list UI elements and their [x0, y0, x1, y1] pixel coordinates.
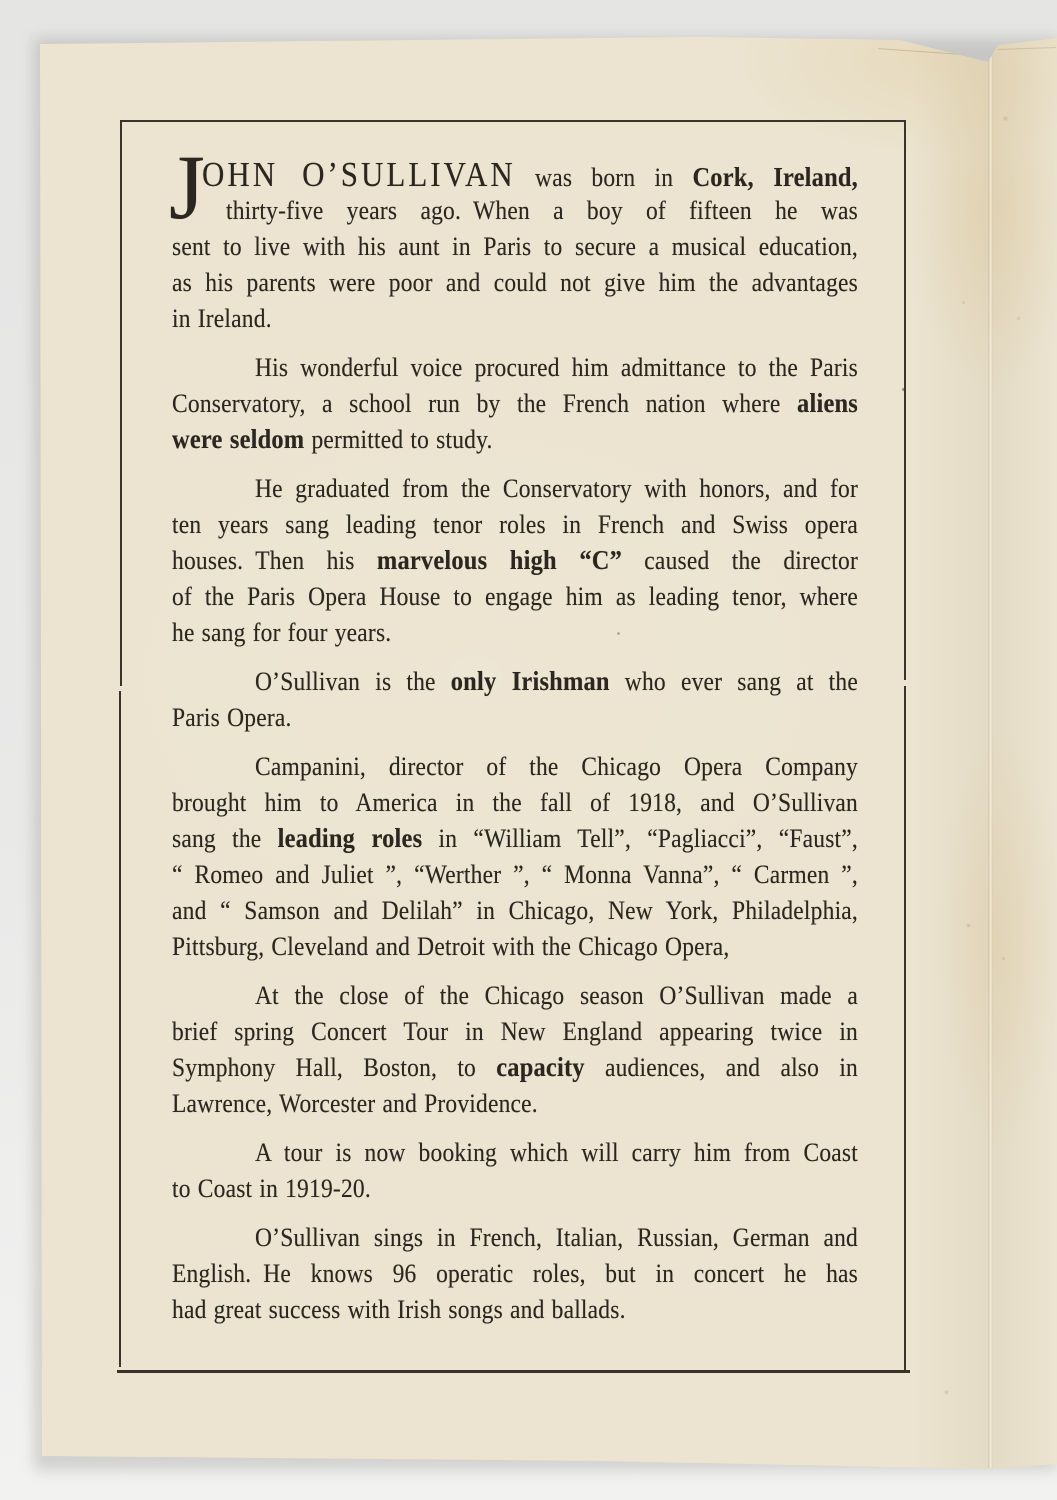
scanned-document-scene: JOHN O’SULLIVAN was born in Cork, Irelan… — [0, 0, 1057, 1500]
text-line: Campanini, director of the Chicago Opera… — [172, 747, 858, 787]
text-line: sang the leading roles in “William Tell”… — [172, 819, 858, 859]
text-segment: He graduated from the Conservatory with … — [255, 474, 858, 503]
paragraph-graduation: He graduated from the Conservatory with … — [172, 471, 858, 651]
frame-rule-bottom — [117, 1370, 910, 1373]
text-line: in Ireland. — [172, 299, 858, 339]
bold-text: marvelous high “C” — [377, 545, 622, 575]
text-segment: English. He knows 96 operatic roles, but… — [172, 1259, 858, 1288]
text-segment: caused the director — [622, 546, 858, 575]
frame-rule-left-upper — [120, 120, 122, 686]
text-line: O’Sullivan sings in French, Italian, Rus… — [172, 1218, 858, 1258]
bold-text: leading roles — [278, 823, 423, 853]
text-line: brought him to America in the fall of 19… — [172, 783, 858, 823]
bold-text: aliens — [797, 388, 858, 418]
frame-rule-right-upper — [904, 120, 906, 680]
text-segment: as his parents were poor and could not g… — [172, 268, 858, 297]
text-line: had great success with Irish songs and b… — [172, 1290, 858, 1330]
text-segment: in “William Tell”, “Pagliacci”, “Faust”, — [422, 824, 858, 853]
text-line: His wonderful voice procured him admitta… — [172, 348, 858, 388]
paragraph-coast-tour: A tour is now booking which will carry h… — [172, 1135, 858, 1207]
text-line: Pittsburg, Cleveland and Detroit with th… — [172, 927, 858, 967]
text-segment: At the close of the Chicago season O’Sul… — [255, 981, 858, 1010]
text-line: to Coast in 1919-20. — [172, 1169, 858, 1209]
text-line: thirty-five years ago. When a boy of fif… — [172, 191, 858, 231]
fold-crease — [988, 40, 993, 1468]
text-segment: O’Sullivan is the — [255, 667, 451, 696]
crease-line — [998, 47, 1056, 50]
paragraph-campanini: Campanini, director of the Chicago Opera… — [172, 749, 858, 965]
text-line: O’Sullivan is the only Irishman who ever… — [172, 662, 858, 702]
text-line: He graduated from the Conservatory with … — [172, 469, 858, 509]
text-segment: Campanini, director of the Chicago Opera… — [255, 752, 858, 781]
text-segment: Symphony Hall, Boston, to — [172, 1053, 496, 1082]
text-line: “ Romeo and Juliet ”, “Werther ”, “ Monn… — [172, 855, 858, 895]
text-line: English. He knows 96 operatic roles, but… — [172, 1254, 858, 1294]
text-segment: sent to live with his aunt in Paris to s… — [172, 232, 858, 261]
text-segment: brought him to America in the fall of 19… — [172, 788, 858, 817]
text-segment: to Coast in 1919-20. — [172, 1174, 371, 1203]
text-segment: and “ Samson and Delilah” in Chicago, Ne… — [172, 896, 858, 925]
text-segment: had great success with Irish songs and b… — [172, 1295, 626, 1324]
frame-rule-right-lower — [904, 686, 906, 1370]
paragraph-only-irishman: O’Sullivan is the only Irishman who ever… — [172, 664, 858, 736]
text-segment: Conservatory, a school run by the French… — [172, 389, 797, 418]
text-segment: houses. Then his — [172, 546, 377, 575]
text-line: Conservatory, a school run by the French… — [172, 384, 858, 424]
text-segment: A tour is now booking which will carry h… — [255, 1138, 858, 1167]
text-line: ten years sang leading tenor roles in Fr… — [172, 505, 858, 545]
text-line: brief spring Concert Tour in New England… — [172, 1012, 858, 1052]
bold-text: were seldom — [172, 424, 304, 454]
text-segment: who ever sang at the — [610, 667, 858, 696]
text-line: OHN O’SULLIVAN was born in Cork, Ireland… — [172, 155, 858, 195]
text-segment: of the Paris Opera House to engage him a… — [172, 582, 858, 611]
text-segment: brief spring Concert Tour in New England… — [172, 1017, 858, 1046]
paragraph-conservatory: His wonderful voice procured him admitta… — [172, 350, 858, 458]
text-line: Symphony Hall, Boston, to capacity audie… — [172, 1048, 858, 1088]
text-segment: ten years sang leading tenor roles in Fr… — [172, 510, 858, 539]
frame-rule-left-lower — [119, 691, 121, 1367]
text-line: houses. Then his marvelous high “C” caus… — [172, 541, 858, 581]
text-line: Paris Opera. — [172, 698, 858, 738]
text-line: and “ Samson and Delilah” in Chicago, Ne… — [172, 891, 858, 931]
paragraph-languages: O’Sullivan sings in French, Italian, Rus… — [172, 1220, 858, 1328]
text-line: At the close of the Chicago season O’Sul… — [172, 976, 858, 1016]
paper-specks — [0, 0, 1, 1]
text-segment: thirty-five years ago. When a boy of fif… — [226, 196, 858, 225]
text-line: A tour is now booking which will carry h… — [172, 1133, 858, 1173]
text-segment: audiences, and also in — [585, 1053, 858, 1082]
article-body: JOHN O’SULLIVAN was born in Cork, Irelan… — [172, 157, 858, 1341]
bold-text: capacity — [496, 1052, 584, 1082]
text-segment: O’Sullivan sings in French, Italian, Rus… — [255, 1223, 858, 1252]
text-segment: Lawrence, Worcester and Providence. — [172, 1089, 538, 1118]
text-segment: Paris Opera. — [172, 703, 292, 732]
text-line: of the Paris Opera House to engage him a… — [172, 577, 858, 617]
bold-text: Cork, Ireland, — [692, 163, 858, 193]
text-segment: was born in — [516, 164, 693, 193]
paragraph-lede: JOHN O’SULLIVAN was born in Cork, Irelan… — [172, 157, 858, 337]
frame-rule-top — [120, 120, 906, 122]
bold-text: only Irishman — [451, 666, 610, 696]
text-line: he sang for four years. — [172, 613, 858, 653]
text-segment: in Ireland. — [172, 304, 272, 333]
text-segment: he sang for four years. — [172, 618, 391, 647]
paragraph-concert-tour: At the close of the Chicago season O’Sul… — [172, 978, 858, 1122]
text-line: as his parents were poor and could not g… — [172, 263, 858, 303]
text-line: Lawrence, Worcester and Providence. — [172, 1084, 858, 1124]
scanned-page: JOHN O’SULLIVAN was born in Cork, Irelan… — [0, 0, 1057, 1500]
text-line: sent to live with his aunt in Paris to s… — [172, 227, 858, 267]
text-line: were seldom permitted to study. — [172, 420, 858, 460]
text-segment: His wonderful voice procured him admitta… — [255, 353, 858, 382]
text-segment: OHN O’SULLIVAN — [202, 155, 516, 194]
text-segment: permitted to study. — [304, 425, 492, 454]
text-segment: “ Romeo and Juliet ”, “Werther ”, “ Monn… — [172, 860, 858, 889]
text-segment: Pittsburg, Cleveland and Detroit with th… — [172, 932, 730, 961]
text-segment: sang the — [172, 824, 278, 853]
